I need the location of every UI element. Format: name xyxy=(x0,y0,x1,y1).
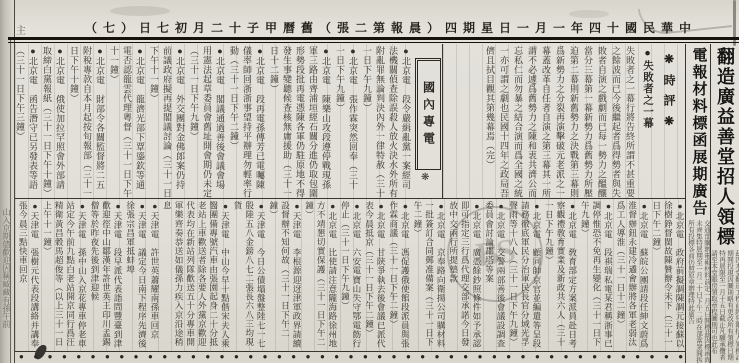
commentary-article-title: ●失敗者之一幕 xyxy=(639,46,655,198)
telegram-entry: ●北京電 段令嚴緝亂黨一案經司法機關偵查除誤殺人放火決水外所有附亂罪無論判決內外… xyxy=(360,46,412,198)
telegram-entry: ●天津電 李根源迎迓津軍政界請續設督辦不知何故（三十一日下午二鐘） xyxy=(267,201,302,351)
telegram-entry: ●北京電 龍濟光部下覃鎏欽等通電否認龍雲代理粵督（三十一日下午十一鐘） xyxy=(107,46,146,198)
domestic-section: 國內專電 ❋ xyxy=(412,44,442,198)
commentary-article-body: 失敗者之一幕行將告終所謂不甚重要之餘波而已今後繼起者爲得勢者與失敗者自演之戲劇而… xyxy=(483,46,637,198)
telegram-entry: ●天津電 中山今早十點偕宋夫人乘醫團備專號汽車由張園起身二十分抵老站上車歡送者除… xyxy=(161,201,231,351)
telegram-entry: ●北京電 函告潛守已另發表等語（三十一日下午三鐘） xyxy=(15,46,39,198)
telegram-entry: ●北京電 蘇皖公團請段任紳文蔚爲淮督辦鈕永建冷遹會辦將各軍老弱汰爲工人導淮（三十… xyxy=(614,201,649,351)
telegram-entry: ●北京電 政府前擬調陳調元接蘇以徐樹錚督閩故陳贊辦令未下（三十一日下午二鐘） xyxy=(650,201,685,351)
telegram-entry: ●天津電 今日公債塌盤整陸七一七殷陸五八金鎊八七二張長六八三均現貨 xyxy=(231,201,266,351)
upper-band: ●北京電 段令嚴緝亂黨一案經司法機關偵查除誤殺人放火決水外所有附亂罪無論判決內外… xyxy=(15,44,685,199)
commentary-section-header: ❋時評❋ xyxy=(655,46,683,198)
telegram-entry: ●北京電 張作霖突然回奉（三十一日下午九鐘） xyxy=(333,46,359,198)
telegram-entry: ●北京電 馮促護俄使館段派員與張作霖商議（三十一日下午二鐘） xyxy=(387,201,410,351)
masthead-rule-thick xyxy=(8,37,739,40)
telegram-entry: ●北京電 甘陝爭執去後會議已派代表今晨抵京（三十一日下午二鐘） xyxy=(363,201,386,351)
masthead-dateline: （七）日七初月二十子甲曆舊（張二第報晨）四期星日一月一年四十國民華中 xyxy=(85,19,697,36)
masthead-rule-thin xyxy=(8,42,739,43)
telegram-entry: ●北京電 財部令各關監督將二五附稅專款自本月起按旬報部（三十一日下午十鐘） xyxy=(67,46,106,198)
lower-band: ●北京電 政府前擬調陳調元接蘇以徐樹錚督閩故陳贊辦令未下（三十一日下午二鐘）●北… xyxy=(15,199,685,352)
ad-telegraph-body: 交通部購辦電報材料前定一月五日開標茲因標函尚未齊集特展期至一月二十日下午二時在部… xyxy=(686,217,710,363)
ornament-icon: ❋ xyxy=(421,172,429,183)
telegram-entry: ●天津電 張樹元代表段講絡并講奉張今晨三點快車回京 xyxy=(17,201,40,351)
telegram-entry: ●北京電 比使請注意隴海路徐州地方不靖懇切實保護（三十一日下午二鐘） xyxy=(303,201,338,351)
telegram-entry: ●北京電 俄使加拉罕照會外部請取締白黨報紙（三十一日下午十鐘） xyxy=(40,46,66,198)
left-margin-text: 山入京期儘歡迎因稱臧藏有孫午前 xyxy=(1,208,12,358)
telegram-entry: ●北京電 段祺瑞私電某君稱浙事已調停惟恐不免再生變化（三十一日下午九鐘） xyxy=(579,201,614,351)
telegram-entry: ●北京電 外交團對金佛郎案仍持前議政府擬再提閣議討論（三十一日下午十一鐘） xyxy=(147,46,186,198)
ad-rebuild-body: 茲因本堂翻造工程前經登報招人領標訂期開投現因圖則略有更改所有領標日期特再展限至一… xyxy=(711,247,739,363)
telegram-entry: ●北京電 閣議通過善後會議會場用憲法起草委員會舊址開會期仍未定（三十一日下午九鐘… xyxy=(187,46,226,198)
telegram-entry: ●北京電 敎育部定方案派員赴日考察觀禮敎育實業及新政共六人（三十一日下午九鐘） xyxy=(543,201,578,351)
newspaper-page: 主 （七）日七初月二十子甲曆舊（張二第報晨）四期星日一月一年四十國民華中 山入京… xyxy=(0,0,739,363)
commentary-section: ❋時評❋ ●失敗者之一幕 失敗者之一幕行將告終所謂不甚重要之餘波而已今後繼起者爲… xyxy=(442,44,685,198)
ad-telegraph-materials: 電報材料標函展期廣告 交通部購辦電報材料前定一月五日開標茲因標函尚未齊集特展期至… xyxy=(686,44,711,363)
telegram-entry: ●北京電 廣憑餘鈔照條件如予承認即可指定三行爲代理交部承諾今日發放中交兩行所提墊… xyxy=(447,201,482,351)
telegram-entry: ●北京電 六安電寶山失守鄂電飭行停止（三十一日下午九鐘） xyxy=(339,201,362,351)
smudge xyxy=(110,6,170,16)
ad-telegraph-headline: 電報材料標函展期廣告 xyxy=(688,44,709,217)
telegram-entry: ●北京電 段再電孫傳芳已電囑陳儀率師回浙浙事望持平辦理勿輕率行動（三十一日下午二… xyxy=(227,46,266,198)
smudge xyxy=(569,10,609,18)
clipped-bottom-row: ●●●●●●●●●●●●●●●●●●●●●●●●●●●●●●●●●●●●●●●●… xyxy=(15,352,685,361)
telegram-entry: ●北京電 京奉路向衛揚公司購材料一批簽訂合同郵准備案（三十一日下午二鐘） xyxy=(411,201,446,351)
ad-rebuild-hall: 翻造廣益善堂招人領標 茲因本堂翻造工程前經登報招人領標訂期開投現因圖則略有更改所… xyxy=(711,44,739,363)
telegram-entry: ●天津電 議定今日南下程序先濟後徐張宗昌軍抵蚌埠 xyxy=(124,201,147,351)
telegram-entry: ●天津電 許世英蕭耀南孫車回京 xyxy=(148,201,160,351)
masthead: （七）日七初月二十子甲曆舊（張二第報晨）四期星日一月一年四十國民華中 xyxy=(0,19,697,36)
telegram-entry: ●天津電 段早派代表詣問豐臺到津歡迎徑中山鄒漢年許世英王印川孟錫僧等於昨夜先後到… xyxy=(88,201,123,351)
main-news-area: ●北京電 段令嚴緝亂黨一案經司法機關偵查除誤殺人放火決水外所有附亂罪無論判決內外… xyxy=(15,44,686,363)
ad-rebuild-headline: 翻造廣益善堂招人領標 xyxy=(712,44,738,247)
page-body: ●北京電 段令嚴緝亂黨一案經司法機關偵查除誤殺人放火決水外所有附亂罪無論判決內外… xyxy=(15,44,739,363)
telegram-entry: ●北京電 交警兩部善後會議設調查委員會討論郡塔等案 xyxy=(483,201,506,351)
domestic-telegrams-upper: ●北京電 段令嚴緝亂黨一案經司法機關偵查除誤殺人放火決水外所有附亂罪無論判決內外… xyxy=(15,44,412,198)
telegram-entry: ●北京電 顧同帥京官並編遣等呈段請務徹底軍民分治軍民長官分域光孚聲雨等十八人（三… xyxy=(507,201,542,351)
domestic-header-box: 國內專電 xyxy=(415,58,441,170)
telegram-entry: ●天津電 昨午後四點張作霖赴張園謁中山密談多時 xyxy=(15,201,16,351)
advertisement-column: 電報材料標函展期廣告 交通部購辦電報材料前定一月五日開標茲因標函尚未齊集特展期至… xyxy=(686,44,739,363)
domestic-header-label: 國內專電 xyxy=(417,60,441,170)
telegram-entry: ●北京電 陳樂山攻段遵停戰現孫軍三路由齊浦垣經石關分進仍取包圍形勢段批再電憑陳各… xyxy=(267,46,332,198)
telegram-entry: ●天津電 孫中山入京花專車停老車站定今午前九點白老站開京同行爲汪精衛黃昌穀馬超俊… xyxy=(41,201,87,351)
